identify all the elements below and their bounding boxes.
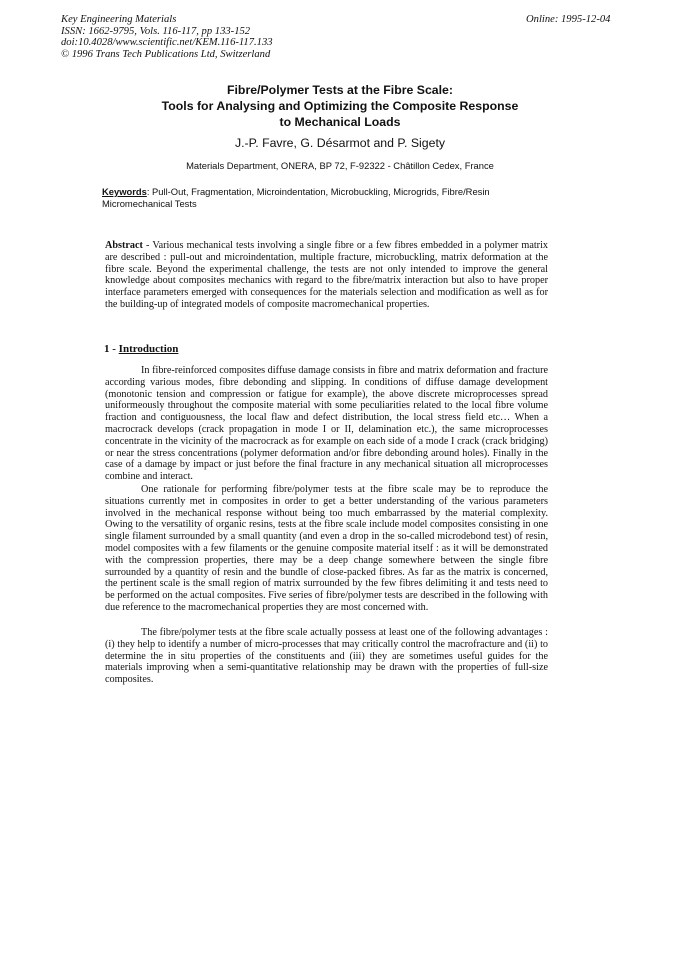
copyright-line: © 1996 Trans Tech Publications Ltd, Swit… — [61, 49, 273, 61]
paragraph: The fibre/polymer tests at the fibre sca… — [105, 627, 548, 686]
issn-line: ISSN: 1662-9795, Vols. 116-117, pp 133-1… — [61, 26, 273, 38]
abstract-text: - Various mechanical tests involving a s… — [105, 240, 548, 310]
paper-title: Fibre/Polymer Tests at the Fibre Scale: … — [100, 82, 580, 130]
doi-line: doi:10.4028/www.scientific.net/KEM.116-1… — [61, 37, 273, 49]
section-number: 1 - — [104, 343, 119, 355]
journal-name: Key Engineering Materials — [61, 14, 273, 26]
affiliation: Materials Department, ONERA, BP 72, F-92… — [100, 160, 580, 172]
keywords-label: Keywords — [102, 186, 147, 197]
keywords-text: : Pull-Out, Fragmentation, Microindentat… — [102, 186, 490, 209]
title-line-2: Tools for Analysing and Optimizing the C… — [100, 98, 580, 114]
journal-header: Key Engineering Materials ISSN: 1662-979… — [61, 14, 273, 60]
paragraph: In fibre-reinforced composites diffuse d… — [105, 365, 548, 483]
authors: J.-P. Favre, G. Désarmot and P. Sigety — [100, 136, 580, 150]
title-line-1: Fibre/Polymer Tests at the Fibre Scale: — [100, 82, 580, 98]
paragraph: One rationale for performing fibre/polym… — [105, 484, 548, 614]
section-heading-introduction: 1 - Introduction — [104, 343, 178, 356]
online-date: Online: 1995-12-04 — [526, 14, 610, 26]
keywords: Keywords: Pull-Out, Fragmentation, Micro… — [102, 186, 552, 210]
title-line-3: to Mechanical Loads — [100, 114, 580, 130]
abstract: Abstract - Various mechanical tests invo… — [105, 240, 548, 311]
abstract-label: Abstract — [105, 240, 143, 251]
section-title: Introduction — [119, 343, 179, 355]
paper-page: Key Engineering Materials ISSN: 1662-979… — [0, 0, 678, 959]
